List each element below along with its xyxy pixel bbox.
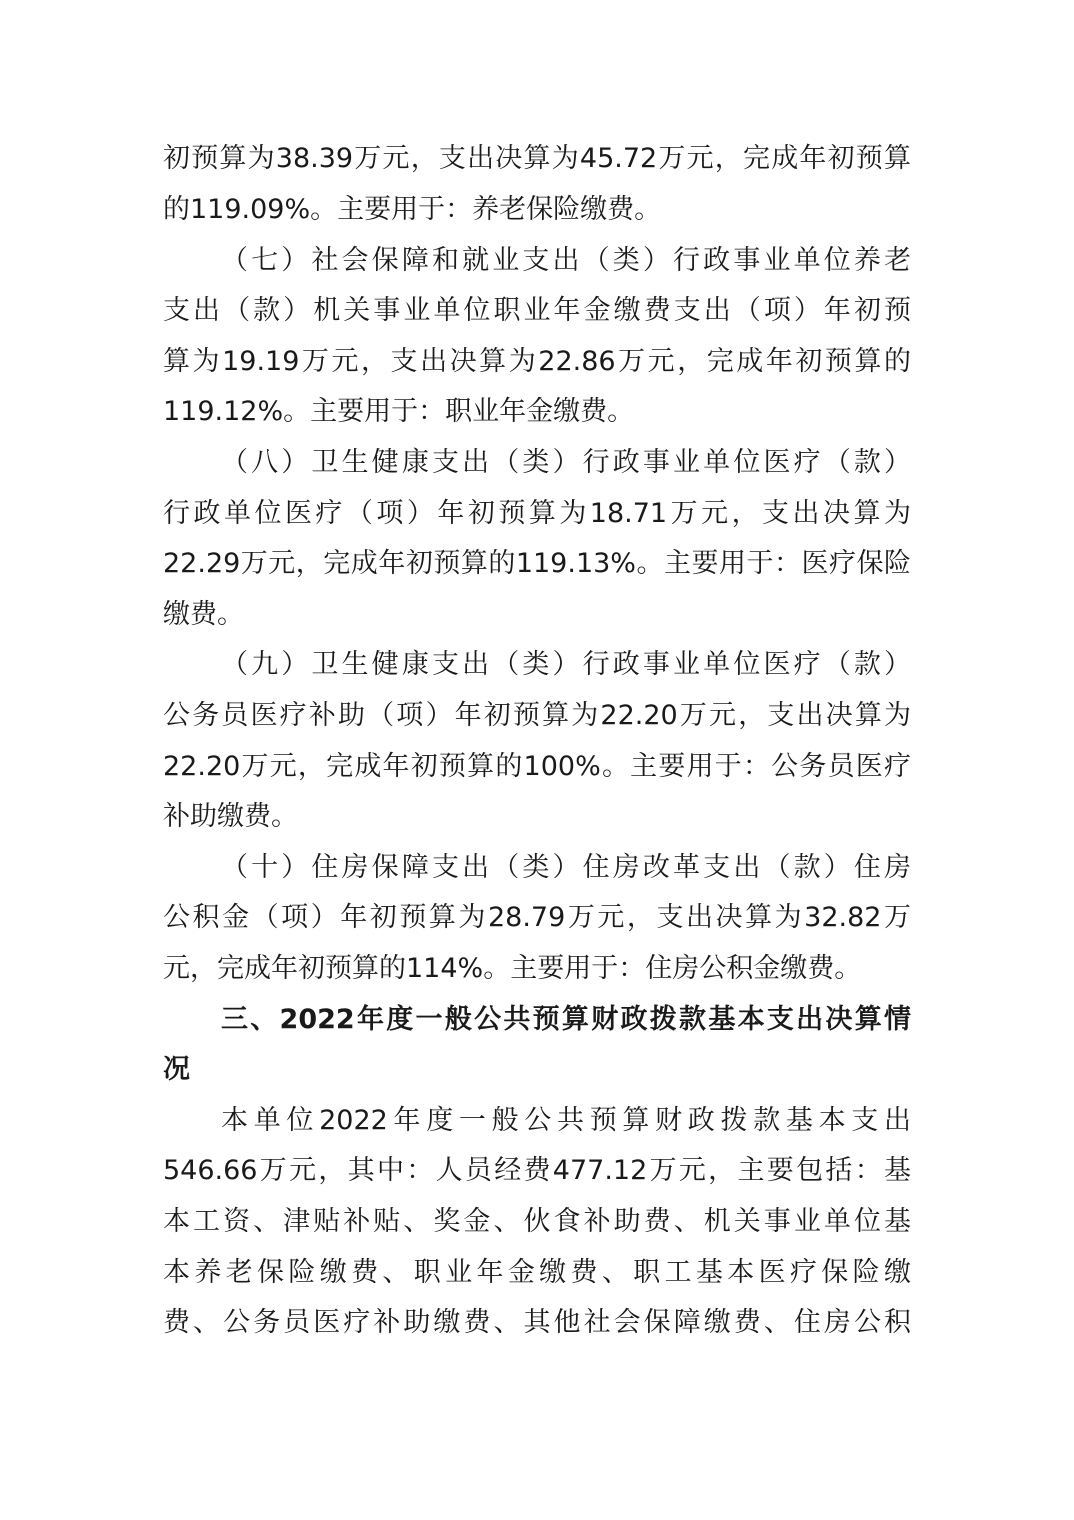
paragraph-line: 初预算为38.39万元，支出决算为45.72万元，完成年初预算	[163, 139, 911, 179]
paragraph-line: 本工资、津贴补贴、奖金、伙食补助费、机关事业单位基	[163, 1202, 911, 1242]
paragraph-line: 元，完成年初预算的114%。主要用于：住房公积金缴费。	[163, 949, 911, 989]
paragraph-line: 22.29万元，完成年初预算的119.13%。主要用于：医疗保险	[163, 544, 911, 584]
paragraph-line: 补助缴费。	[163, 797, 911, 837]
paragraph-line: 119.12%。主要用于：职业年金缴费。	[163, 392, 911, 432]
paragraph-line: （八）卫生健康支出（类）行政事业单位医疗（款）	[221, 443, 911, 483]
paragraph-line: 本单位2022年度一般公共预算财政拨款基本支出	[221, 1101, 911, 1141]
paragraph-line: 行政单位医疗（项）年初预算为18.71万元，支出决算为	[163, 494, 911, 534]
paragraph-line: 546.66万元，其中：人员经费477.12万元，主要包括：基	[163, 1151, 911, 1191]
paragraph-line: 本养老保险缴费、职业年金缴费、职工基本医疗保险缴	[163, 1253, 911, 1293]
paragraph-line: 的119.09%。主要用于：养老保险缴费。	[163, 190, 911, 230]
paragraph-line: 公积金（项）年初预算为28.79万元，支出决算为32.82万	[163, 898, 911, 938]
section-heading-line: 况	[163, 1050, 911, 1090]
paragraph-line: 22.20万元，完成年初预算的100%。主要用于：公务员医疗	[163, 747, 911, 787]
paragraph-line: （七）社会保障和就业支出（类）行政事业单位养老	[221, 241, 911, 281]
paragraph-line: （十）住房保障支出（类）住房改革支出（款）住房	[221, 848, 911, 888]
paragraph-line: 算为19.19万元，支出决算为22.86万元，完成年初预算的	[163, 342, 911, 382]
paragraph-line: 缴费。	[163, 595, 911, 635]
document-page: 初预算为38.39万元，支出决算为45.72万元，完成年初预算的119.09%。…	[0, 0, 1074, 1520]
paragraph-line: 公务员医疗补助（项）年初预算为22.20万元，支出决算为	[163, 696, 911, 736]
paragraph-line: 支出（款）机关事业单位职业年金缴费支出（项）年初预	[163, 291, 911, 331]
section-heading-line: 三、2022年度一般公共预算财政拨款基本支出决算情	[221, 1000, 911, 1040]
paragraph-line: 费、公务员医疗补助缴费、其他社会保障缴费、住房公积	[163, 1303, 911, 1343]
paragraph-line: （九）卫生健康支出（类）行政事业单位医疗（款）	[221, 645, 911, 685]
